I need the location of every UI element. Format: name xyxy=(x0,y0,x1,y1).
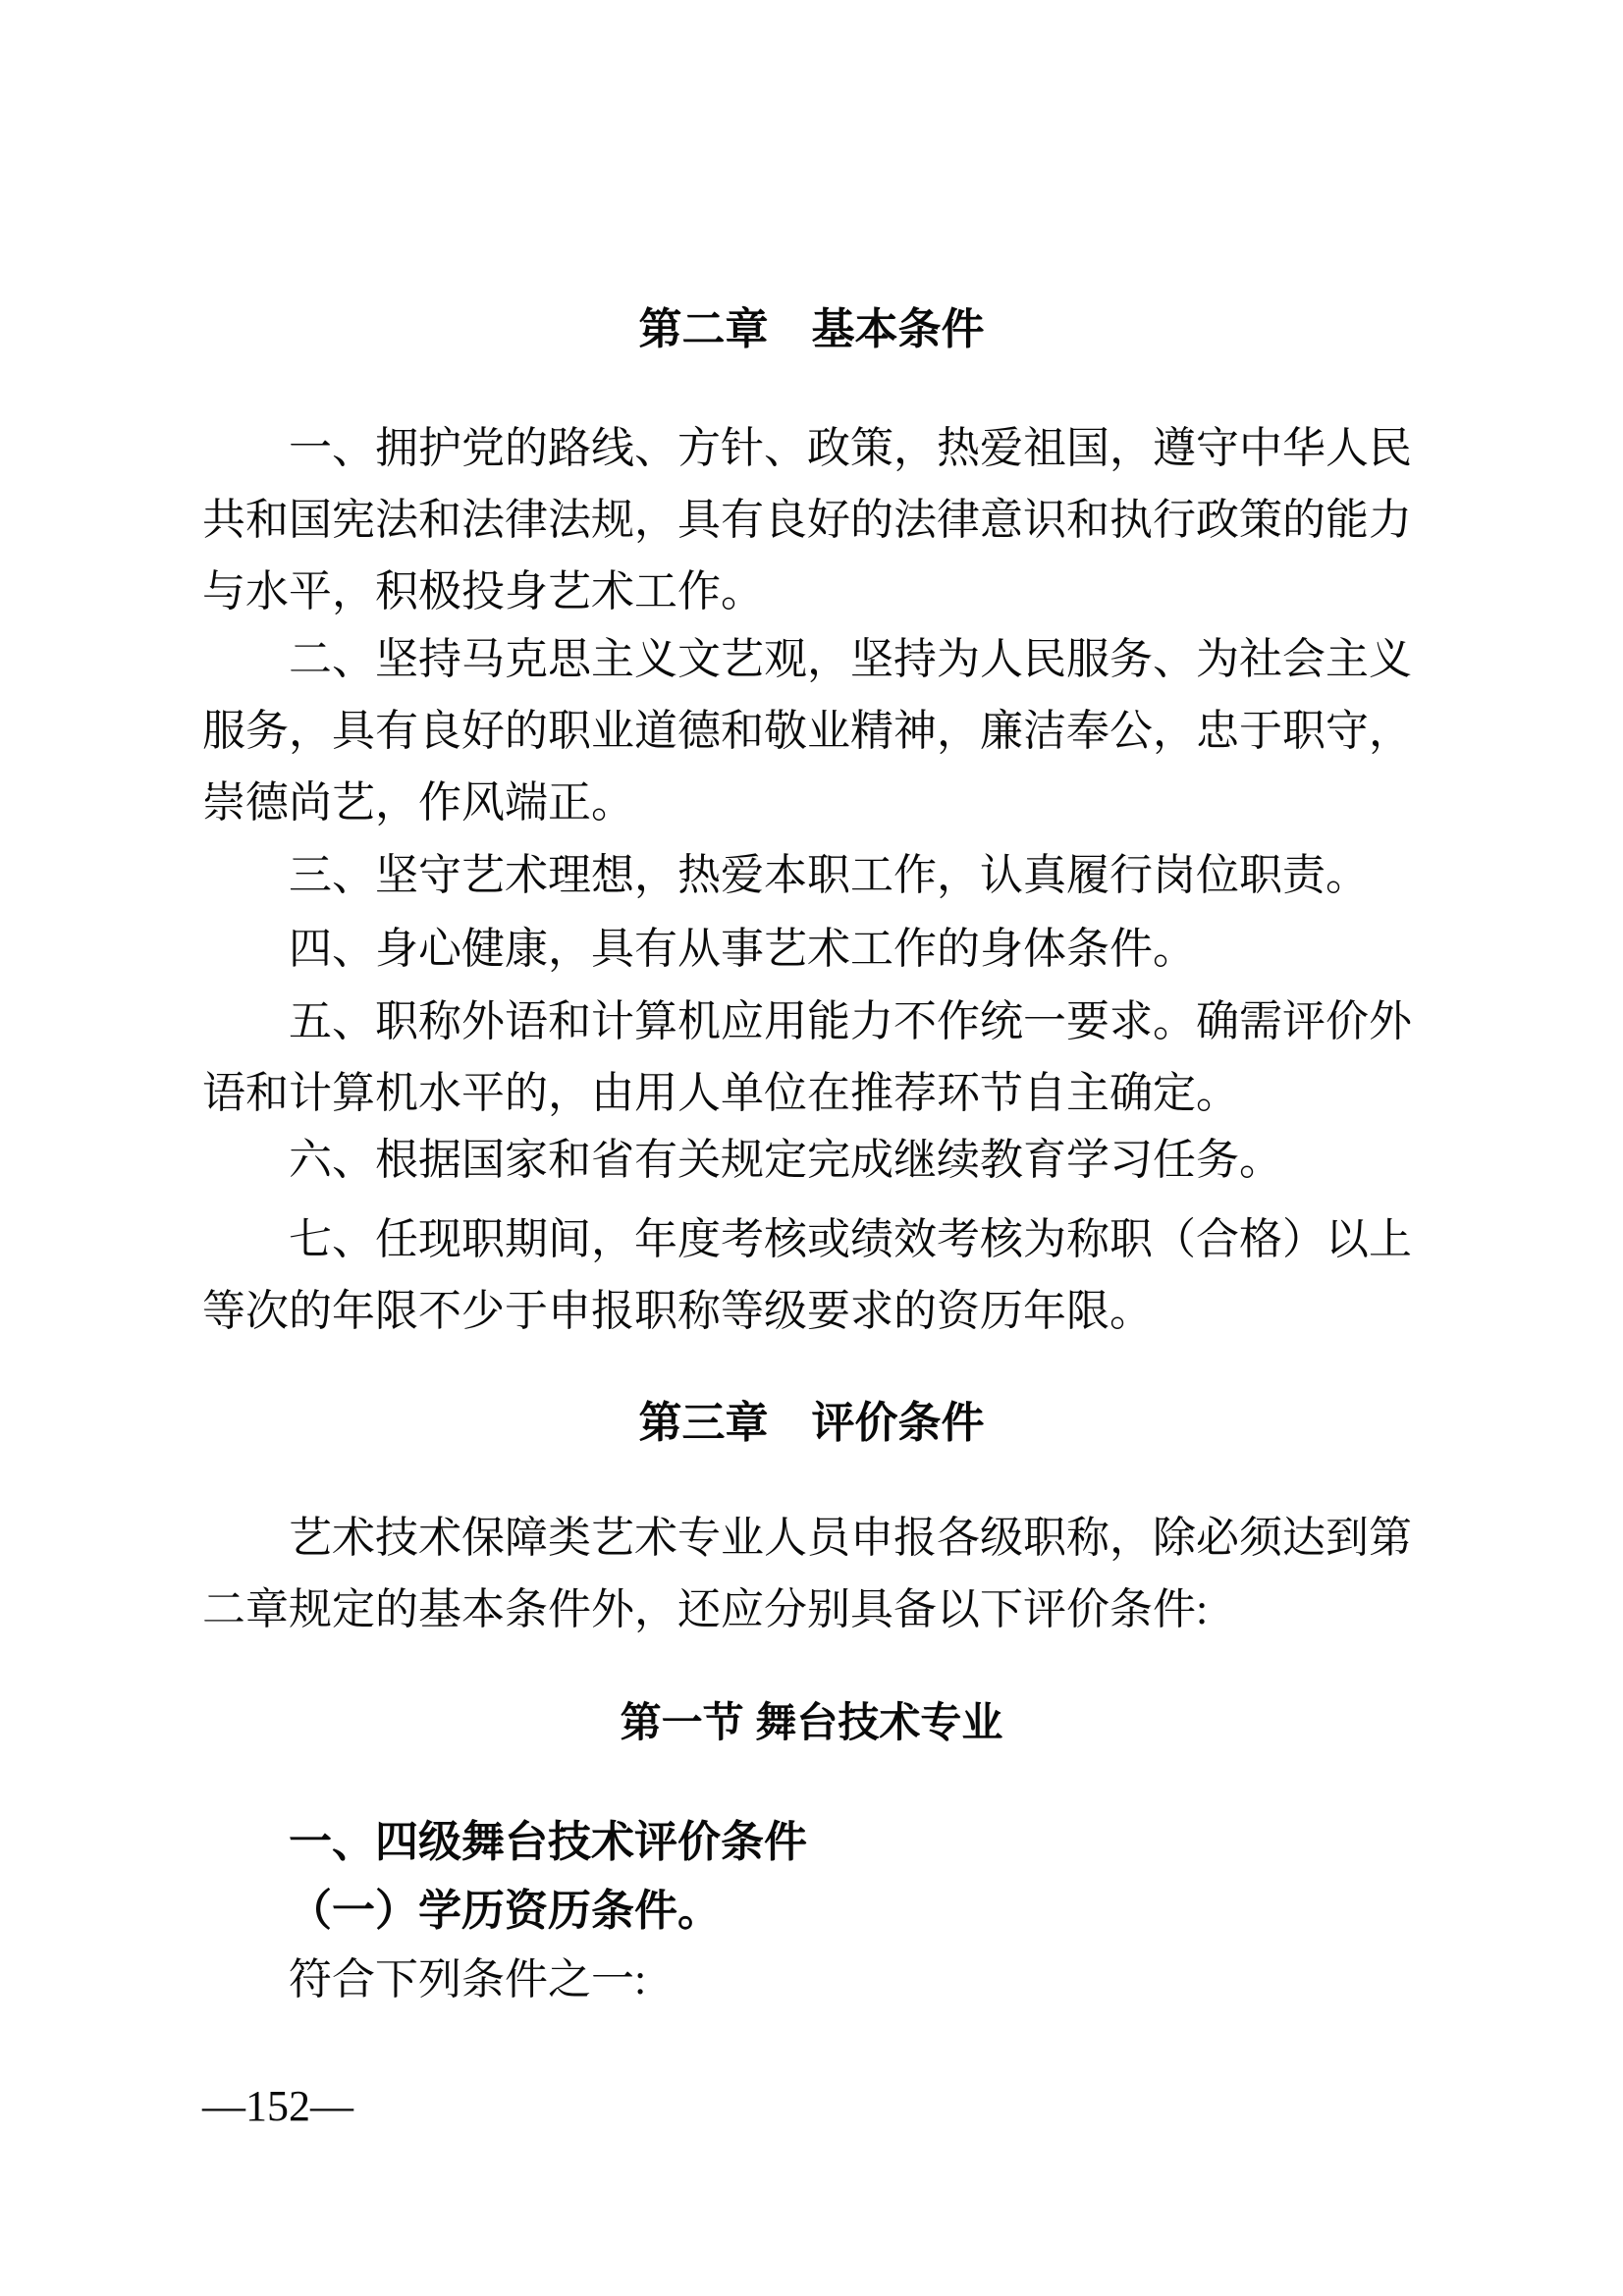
text-line: 二章规定的基本条件外，还应分别具备以下评价条件: xyxy=(202,1574,1412,1645)
text-line: 四、身心健康，具有从事艺术工作的身体条件。 xyxy=(202,913,1412,985)
text-line: 二、坚持马克思主义文艺观，坚持为人民服务、为社会主义 xyxy=(202,623,1412,695)
chapter-3-heading: 第三章 评价条件 xyxy=(0,1387,1623,1459)
section-1-sub-1-heading: （一）学历资历条件。 xyxy=(202,1875,1412,1947)
text-line: 七、任现职期间，年度考核或绩效考核为称职（合格）以上 xyxy=(202,1203,1412,1275)
basic-condition-item-5: 五、职称外语和计算机应用能力不作统一要求。确需评价外 语和计算机水平的，由用人单… xyxy=(202,986,1412,1129)
section-1-lead-in: 符合下列条件之一: xyxy=(202,1944,1412,2015)
chapter-3-intro: 艺术技术保障类艺术专业人员申报各级职称，除必须达到第 二章规定的基本条件外，还应… xyxy=(202,1502,1412,1645)
page-number: —152— xyxy=(202,2070,353,2142)
text-line: 共和国宪法和法律法规，具有良好的法律意识和执行政策的能力 xyxy=(202,484,1412,556)
text-line: 与水平，积极投身艺术工作。 xyxy=(202,556,1412,627)
text-line: （一）学历资历条件。 xyxy=(202,1875,1412,1947)
text-line: 艺术技术保障类艺术专业人员申报各级职称，除必须达到第 xyxy=(202,1502,1412,1574)
text-line: 三、坚守艺术理想，热爱本职工作，认真履行岗位职责。 xyxy=(202,839,1412,911)
basic-condition-item-6: 六、根据国家和省有关规定完成继续教育学习任务。 xyxy=(202,1124,1412,1196)
basic-condition-item-4: 四、身心健康，具有从事艺术工作的身体条件。 xyxy=(202,913,1412,985)
text-line: 一、四级舞台技术评价条件 xyxy=(202,1806,1412,1878)
text-line: 六、根据国家和省有关规定完成继续教育学习任务。 xyxy=(202,1124,1412,1196)
section-1-heading: 第一节 舞台技术专业 xyxy=(0,1686,1623,1758)
basic-condition-item-7: 七、任现职期间，年度考核或绩效考核为称职（合格）以上 等次的年限不少于申报职称等… xyxy=(202,1203,1412,1347)
basic-condition-item-3: 三、坚守艺术理想，热爱本职工作，认真履行岗位职责。 xyxy=(202,839,1412,911)
chapter-2-heading: 第二章 基本条件 xyxy=(0,294,1623,365)
document-page: 第二章 基本条件 一、拥护党的路线、方针、政策，热爱祖国，遵守中华人民 共和国宪… xyxy=(0,0,1623,2296)
text-line: 语和计算机水平的，由用人单位在推荐环节自主确定。 xyxy=(202,1057,1412,1129)
basic-condition-item-2: 二、坚持马克思主义文艺观，坚持为人民服务、为社会主义 服务，具有良好的职业道德和… xyxy=(202,623,1412,838)
section-1-item-1-heading: 一、四级舞台技术评价条件 xyxy=(202,1806,1412,1878)
text-line: 一、拥护党的路线、方针、政策，热爱祖国，遵守中华人民 xyxy=(202,412,1412,484)
text-line: 符合下列条件之一: xyxy=(202,1944,1412,2015)
text-line: 五、职称外语和计算机应用能力不作统一要求。确需评价外 xyxy=(202,986,1412,1057)
text-line: 服务，具有良好的职业道德和敬业精神，廉洁奉公，忠于职守， xyxy=(202,695,1412,767)
text-line: 等次的年限不少于申报职称等级要求的资历年限。 xyxy=(202,1275,1412,1347)
basic-condition-item-1: 一、拥护党的路线、方针、政策，热爱祖国，遵守中华人民 共和国宪法和法律法规，具有… xyxy=(202,412,1412,627)
text-line: 崇德尚艺，作风端正。 xyxy=(202,767,1412,838)
